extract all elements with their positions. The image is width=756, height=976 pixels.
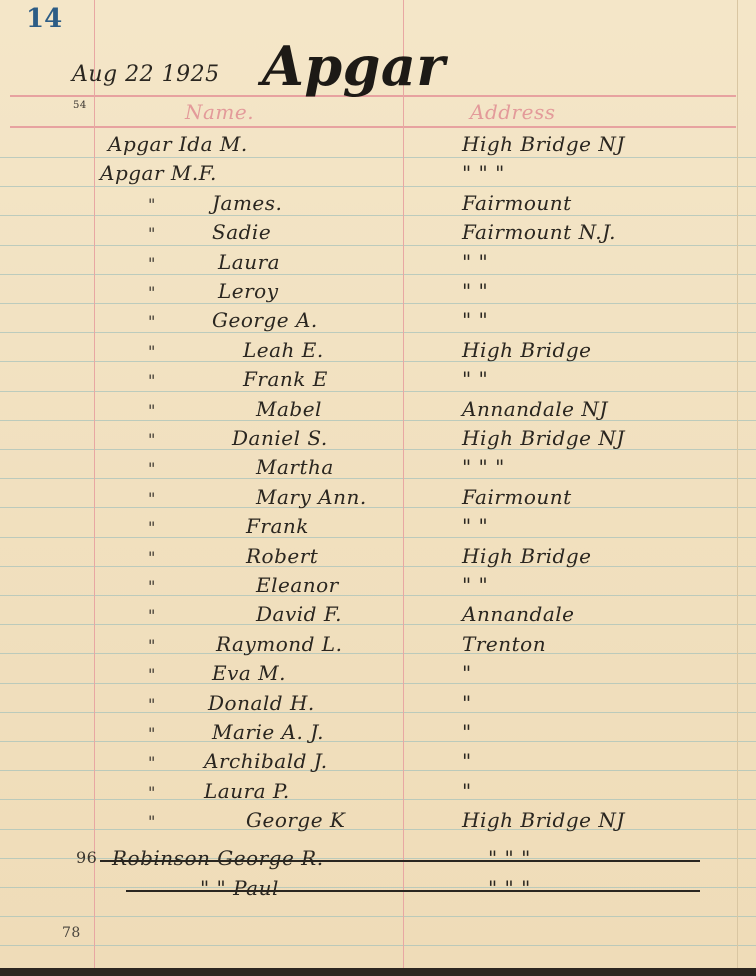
entry-name: Robert	[246, 544, 318, 568]
ditto-mark: "	[148, 224, 156, 243]
ditto-mark: "	[148, 283, 156, 302]
entry-name: David F.	[256, 602, 342, 626]
ditto-mark: "	[148, 783, 156, 802]
ruled-line	[0, 449, 756, 450]
entry-name: Raymond L.	[216, 632, 342, 656]
struck-entry-address: " " "	[488, 846, 531, 870]
entry-name: Martha	[256, 455, 334, 479]
ruled-line	[0, 537, 756, 538]
entry-name: Frank	[246, 514, 309, 538]
strikethrough-line	[100, 860, 700, 862]
ruled-line	[0, 916, 756, 917]
entry-name: Daniel S.	[232, 426, 328, 450]
ditto-mark: "	[148, 459, 156, 478]
header-rule-bottom	[10, 126, 736, 128]
entry-address: " " "	[462, 161, 505, 185]
column-header-name: Name.	[185, 100, 254, 124]
entry-address: " "	[462, 573, 488, 597]
ruled-line	[0, 653, 756, 654]
entry-name: Apgar Ida M.	[108, 132, 248, 156]
entry-name: Mary Ann.	[256, 485, 367, 509]
entry-name: Leroy	[218, 279, 279, 303]
ruled-line	[0, 157, 756, 158]
ruled-line	[0, 683, 756, 684]
column-divider-line	[403, 0, 404, 968]
entry-address: " "	[462, 514, 488, 538]
ruled-line	[0, 245, 756, 246]
ruled-line	[0, 712, 756, 713]
entry-name: Marie A. J.	[212, 720, 324, 744]
ruled-line	[0, 566, 756, 567]
ditto-mark: "	[148, 606, 156, 625]
left-margin-line	[94, 0, 95, 968]
right-edge-line	[737, 0, 738, 968]
entry-name: Archibald J.	[204, 749, 328, 773]
ditto-mark: "	[148, 489, 156, 508]
page-number: 14	[26, 4, 62, 34]
ditto-mark: "	[148, 577, 156, 596]
entry-address: Fairmount N.J.	[462, 220, 616, 244]
entry-name: Leah E.	[243, 338, 324, 362]
ditto-mark: "	[148, 401, 156, 420]
ruled-line	[0, 361, 756, 362]
ditto-mark: "	[148, 724, 156, 743]
entry-name: George K	[246, 808, 345, 832]
struck-entry-address: " " "	[488, 876, 531, 900]
entry-name: Eleanor	[256, 573, 339, 597]
page-bottom-edge	[0, 968, 756, 976]
ditto-mark: "	[148, 518, 156, 537]
bottom-note: 78	[62, 925, 81, 941]
ruled-line	[0, 507, 756, 508]
ditto-mark: "	[148, 753, 156, 772]
strikethrough-line	[126, 890, 700, 892]
ruled-line	[0, 799, 756, 800]
entry-name: Donald H.	[208, 691, 315, 715]
ditto-mark: "	[148, 812, 156, 831]
entry-address: High Bridge NJ	[462, 808, 625, 832]
entry-address: "	[462, 779, 472, 803]
entry-name: George A.	[212, 308, 318, 332]
entry-name: Sadie	[212, 220, 271, 244]
entry-name: Eva M.	[212, 661, 286, 685]
ruled-line	[0, 391, 756, 392]
ruled-line	[0, 624, 756, 625]
entry-address: "	[462, 691, 472, 715]
entry-address: High Bridge	[462, 544, 591, 568]
struck-entry-prefix: 96	[76, 848, 97, 867]
surname-title: Apgar	[262, 34, 445, 98]
ditto-mark: "	[148, 342, 156, 361]
entry-name: Laura P.	[204, 779, 290, 803]
ruled-line	[0, 741, 756, 742]
ruled-line	[0, 215, 756, 216]
entry-address: Fairmount	[462, 191, 572, 215]
entry-address: "	[462, 749, 472, 773]
entry-address: High Bridge NJ	[462, 426, 625, 450]
entry-address: High Bridge NJ	[462, 132, 625, 156]
ditto-mark: "	[148, 254, 156, 273]
ruled-line	[0, 274, 756, 275]
entry-date: Aug 22 1925	[72, 62, 220, 87]
ruled-line	[0, 945, 756, 946]
ruled-line	[0, 332, 756, 333]
ditto-mark: "	[148, 195, 156, 214]
margin-number: 54	[73, 100, 87, 111]
ditto-mark: "	[148, 371, 156, 390]
entry-address: Trenton	[462, 632, 546, 656]
entry-name: Mabel	[256, 397, 322, 421]
ditto-mark: "	[148, 665, 156, 684]
entry-address: " "	[462, 279, 488, 303]
ditto-mark: "	[148, 430, 156, 449]
struck-entry-name: Robinson George R.	[112, 846, 324, 870]
entry-address: " "	[462, 250, 488, 274]
struck-entry-name: " " Paul	[200, 876, 279, 900]
entry-address: "	[462, 720, 472, 744]
entry-address: " "	[462, 308, 488, 332]
ledger-page: 14 Aug 22 1925 Apgar 54 Name. Address Ap…	[0, 0, 756, 968]
entry-address: High Bridge	[462, 338, 591, 362]
ruled-line	[0, 595, 756, 596]
entry-address: Fairmount	[462, 485, 572, 509]
ditto-mark: "	[148, 695, 156, 714]
ruled-line	[0, 770, 756, 771]
column-header-address: Address	[470, 100, 555, 124]
ditto-mark: "	[148, 312, 156, 331]
ruled-line	[0, 420, 756, 421]
entry-address: " "	[462, 367, 488, 391]
entry-address: "	[462, 661, 472, 685]
entry-address: " " "	[462, 455, 505, 479]
ruled-line	[0, 186, 756, 187]
ruled-line	[0, 829, 756, 830]
ditto-mark: "	[148, 636, 156, 655]
entry-name: Laura	[218, 250, 280, 274]
ruled-line	[0, 887, 756, 888]
entry-name: Apgar M.F.	[100, 161, 217, 185]
entry-name: James.	[212, 191, 282, 215]
ruled-line	[0, 478, 756, 479]
ditto-mark: "	[148, 548, 156, 567]
entry-name: Frank E	[243, 367, 328, 391]
entry-address: Annandale	[462, 602, 574, 626]
ruled-line	[0, 303, 756, 304]
entry-address: Annandale NJ	[462, 397, 608, 421]
